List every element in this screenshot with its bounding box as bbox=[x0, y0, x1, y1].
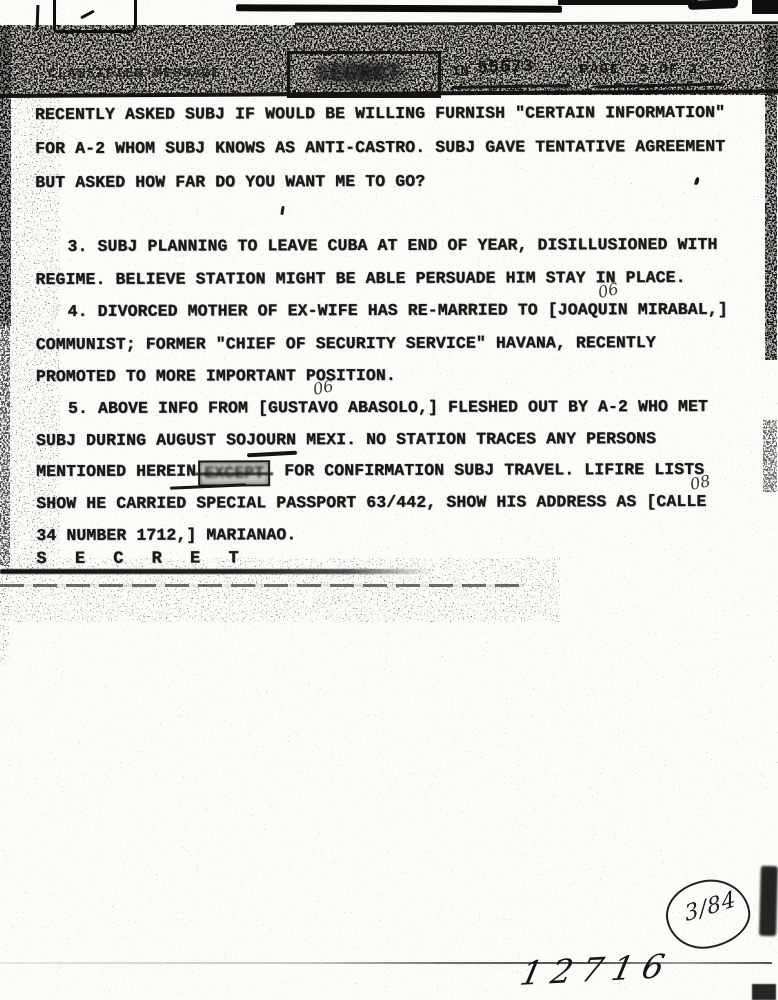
scan-artifact-right-blob bbox=[759, 866, 778, 936]
body-line-11: MENTIONED HEREINEXCEPT FOR CONFIRMATION … bbox=[36, 459, 704, 487]
body-line-2: FOR A-2 WHOM SUBJ KNOWS AS ANTI-CASTRO. … bbox=[35, 136, 725, 160]
body-line-7: COMMUNIST; FORMER "CHIEF OF SECURITY SER… bbox=[36, 332, 656, 356]
body-line-11-post: FOR CONFIRMATION SUBJ TRAVEL. LIFIRE LIS… bbox=[274, 460, 704, 480]
body-line-13: 34 NUMBER 1712,] MARIANAO. bbox=[36, 524, 296, 547]
ink-smear-1 bbox=[0, 569, 432, 574]
body-line-4: 3. SUBJ PLANNING TO LEAVE CUBA AT END OF… bbox=[67, 234, 717, 258]
circled-annotation-text: 3/84 bbox=[683, 887, 738, 928]
body-line-1: RECENTLY ASKED SUBJ IF WOULD BE WILLING … bbox=[35, 102, 725, 126]
body-line-12: SHOW HE CARRIED SPECIAL PASSPORT 63/442,… bbox=[36, 491, 706, 515]
body-line-10: SUBJ DURING AUGUST SOJOURN MEXI. NO STAT… bbox=[36, 428, 656, 452]
scan-artifact-right-corner bbox=[752, 984, 776, 1000]
body-line-8: PROMOTED TO MORE IMPORTANT POSITION. bbox=[36, 365, 396, 388]
body-line-9: 5. ABOVE INFO FROM [GUSTAVO ABASOLO,] FL… bbox=[68, 396, 708, 420]
body-line-11-pre: MENTIONED HEREIN bbox=[36, 462, 196, 482]
scanned-document-page: CLASSIFIED MESSAGE SECRET IN 55573 PAGE … bbox=[0, 0, 778, 1000]
body-line-6: 4. DIVORCED MOTHER OF EX-WIFE HAS RE-MAR… bbox=[68, 299, 728, 323]
body-line-3: BUT ASKED HOW FAR DO YOU WANT ME TO GO? bbox=[35, 171, 425, 194]
redaction-smudge-text: EXCEPT bbox=[204, 463, 264, 482]
message-body: RECENTLY ASKED SUBJ IF WOULD BE WILLING … bbox=[0, 0, 778, 1000]
footer-classification: S E C R E T bbox=[36, 548, 247, 571]
redaction-smudge-box: EXCEPT bbox=[198, 460, 270, 486]
body-line-5: REGIME. BELIEVE STATION MIGHT BE ABLE PE… bbox=[35, 267, 685, 291]
ink-smear-2 bbox=[0, 584, 525, 587]
